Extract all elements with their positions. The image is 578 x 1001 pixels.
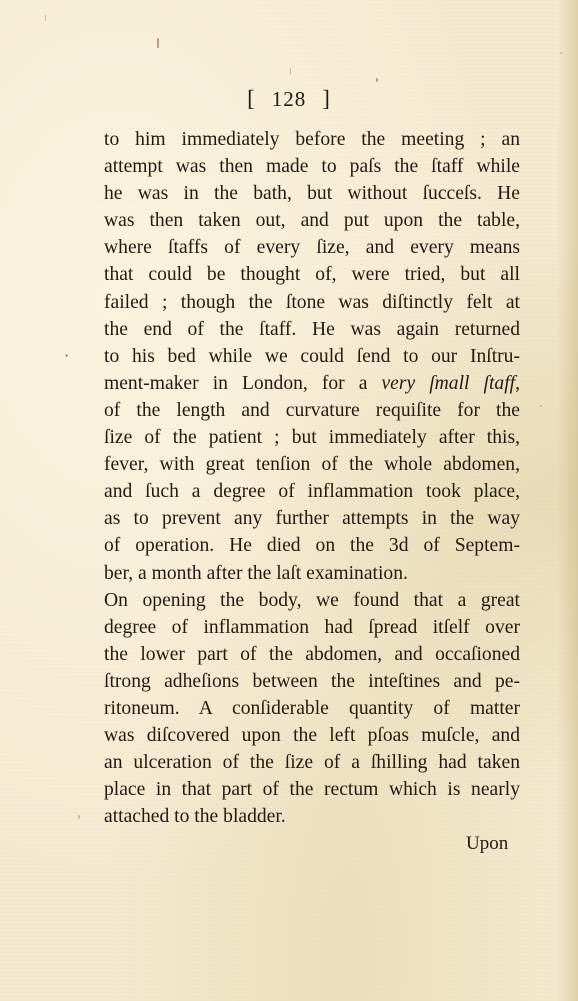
text-line: as to prevent any further attempts in th… <box>104 505 520 532</box>
text-line: ſtrong adheſions between the inteſtines … <box>104 668 520 695</box>
text-line: failed ; though the ſtone was diſtinctly… <box>104 289 520 316</box>
paper-speck <box>78 815 80 819</box>
paragraph-start-line: On opening the body, we found that a gre… <box>104 587 520 614</box>
left-bracket: [ <box>247 86 256 112</box>
italic-phrase: very ſmall ſtaff <box>381 373 515 394</box>
body-text: to him immediately before the meeting ; … <box>104 126 520 830</box>
text-line: ſize of the patient ; but immediately af… <box>104 424 520 451</box>
text-line: attempt was then made to paſs the ſtaff … <box>104 153 520 180</box>
margin-mark: · <box>64 348 69 366</box>
text-line: that could be thought of, were tried, bu… <box>104 261 520 288</box>
text-line: he was in the bath, but without ſucceſs.… <box>104 180 520 207</box>
right-bracket: ] <box>322 86 331 112</box>
paper-speck <box>376 78 378 82</box>
text-run: ment-maker in London, for a <box>104 373 381 394</box>
text-line: ment-maker in London, for a very ſmall ſ… <box>104 370 520 397</box>
text-line: degree of inflammation had ſpread itſelf… <box>104 614 520 641</box>
text-line: was then taken out, and put upon the tab… <box>104 207 520 234</box>
text-line: of operation. He died on the 3d of Septe… <box>104 532 520 559</box>
paper-speck <box>560 52 562 54</box>
page-edge-shadow <box>556 0 578 1001</box>
text-line: place in that part of the rectum which i… <box>104 776 520 803</box>
text-line: to his bed while we could ſend to our In… <box>104 343 520 370</box>
text-line: and ſuch a degree of inflammation took p… <box>104 478 520 505</box>
text-line: ritoneum. A conſiderable quantity of mat… <box>104 695 520 722</box>
text-line: fever, with great tenſion of the whole a… <box>104 451 520 478</box>
text-run: , <box>515 373 520 394</box>
text-line: ber, a month after the laſt examination. <box>104 560 520 587</box>
paper-speck <box>157 38 159 48</box>
text-line: of the length and curvature requiſite fo… <box>104 397 520 424</box>
page-number-header: [128] <box>0 86 578 112</box>
text-line: where ſtaffs of every ſize, and every me… <box>104 234 520 261</box>
paper-speck <box>290 68 291 74</box>
text-line: an ulceration of the ſize of a ſhilling … <box>104 749 520 776</box>
text-line: the end of the ſtaff. He was again retur… <box>104 316 520 343</box>
page-number: 128 <box>272 87 307 111</box>
catchword: Upon <box>466 833 508 855</box>
paper-speck <box>45 15 46 21</box>
text-line: attached to the bladder. <box>104 803 520 830</box>
paper-speck <box>540 405 542 407</box>
text-line: was diſcovered upon the left pſoas muſcl… <box>104 722 520 749</box>
text-line: the lower part of the abdomen, and occaſ… <box>104 641 520 668</box>
text-line: to him immediately before the meeting ; … <box>104 126 520 153</box>
